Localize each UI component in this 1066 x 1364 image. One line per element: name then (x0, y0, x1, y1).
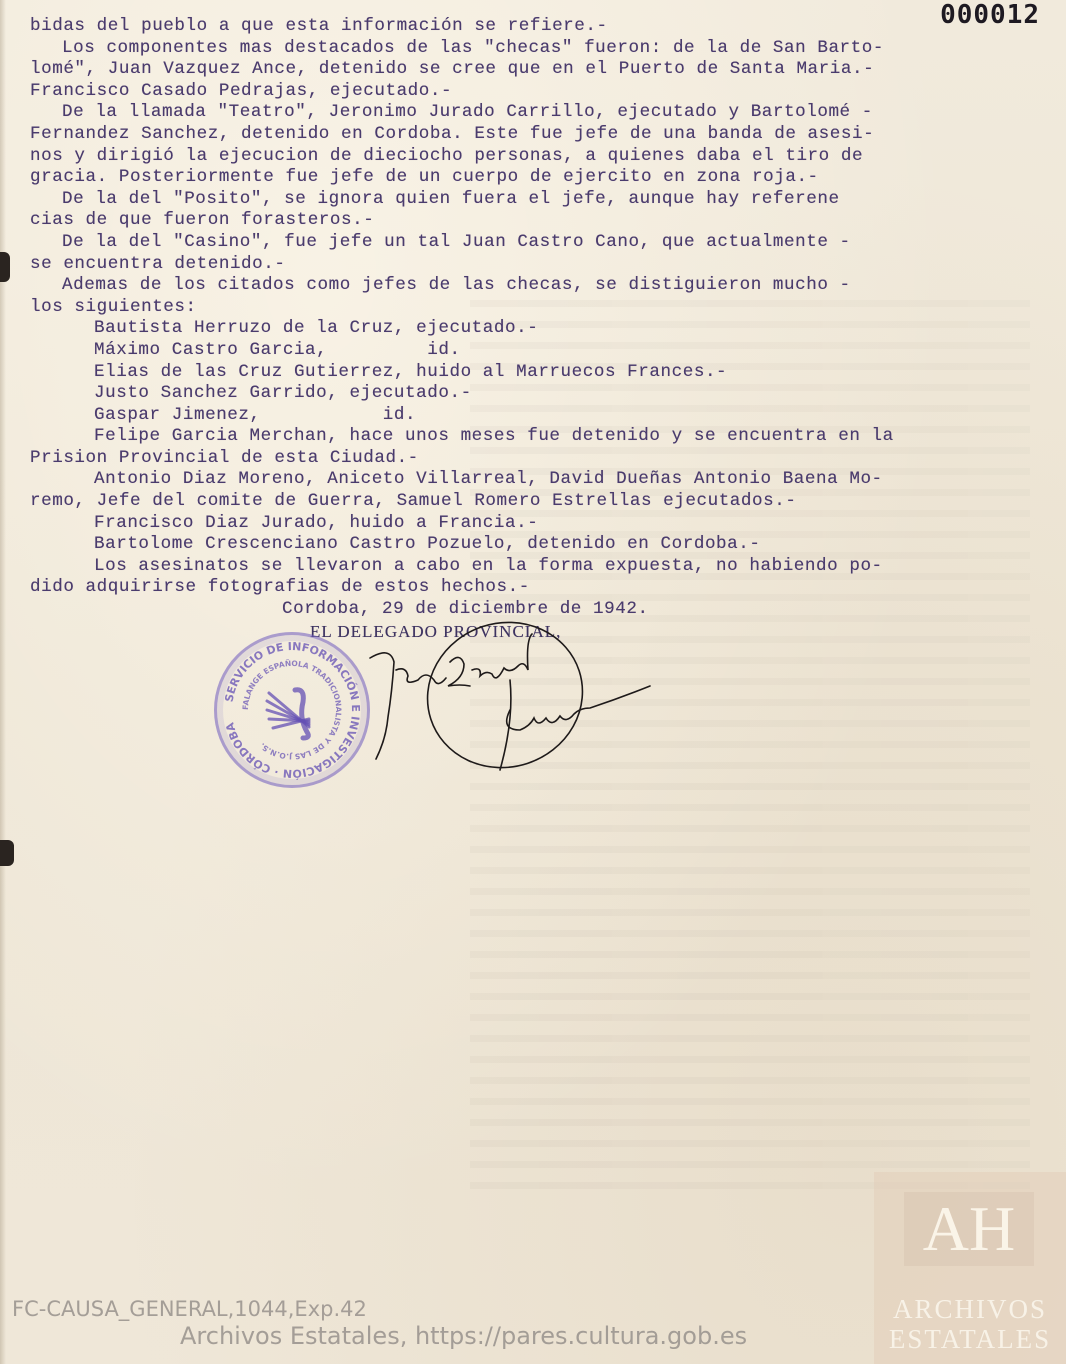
text-line: los siguientes: (30, 297, 1020, 319)
text-line: se encuentra detenido.- (30, 254, 1020, 276)
text-line: Bartolome Crescenciano Castro Pozuelo, d… (30, 534, 1020, 556)
logo-initials: AH (904, 1192, 1034, 1266)
text-line: Prision Provincial de esta Ciudad.- (30, 448, 1020, 470)
logo-line-1: ARCHIVOS (874, 1294, 1066, 1325)
text-line: Antonio Diaz Moreno, Aniceto Villarreal,… (30, 469, 1020, 491)
handwritten-signature (340, 610, 700, 780)
text-line: Francisco Casado Pedrajas, ejecutado.- (30, 81, 1020, 103)
text-line: Gaspar Jimenez, id. (30, 405, 1020, 427)
logo-line-2: ESTATALES (874, 1324, 1066, 1355)
torn-edge-mark (0, 252, 10, 282)
paper-edge (0, 0, 6, 1364)
text-line: bidas del pueblo a que esta información … (30, 16, 1020, 38)
torn-edge-mark (0, 840, 14, 866)
text-line: Justo Sanchez Garrido, ejecutado.- (30, 383, 1020, 405)
archive-source-link[interactable]: Archivos Estatales, https://pares.cultur… (180, 1322, 747, 1350)
text-line: gracia. Posteriormente fue jefe de un cu… (30, 167, 1020, 189)
yoke-and-arrows-icon (267, 690, 309, 738)
text-line: De la llamada "Teatro", Jeronimo Jurado … (30, 102, 1020, 124)
text-line: De la del "Casino", fue jefe un tal Juan… (30, 232, 1020, 254)
document-body: bidas del pueblo a que esta información … (30, 16, 1020, 642)
svg-text:FALANGE ESPAÑOLA TRADICIONALIS: FALANGE ESPAÑOLA TRADICIONALISTA Y DE LA… (241, 659, 343, 761)
text-line: lomé", Juan Vazquez Ance, detenido se cr… (30, 59, 1020, 81)
text-line: cias de que fueron forasteros.- (30, 210, 1020, 232)
text-line: Máximo Castro Garcia, id. (30, 340, 1020, 362)
text-line: De la del "Posito", se ignora quien fuer… (30, 189, 1020, 211)
text-line: Felipe Garcia Merchan, hace unos meses f… (30, 426, 1020, 448)
text-line: Francisco Diaz Jurado, huido a Francia.- (30, 513, 1020, 535)
text-line: Los asesinatos se llevaron a cabo en la … (30, 556, 1020, 578)
archive-reference: FC-CAUSA_GENERAL,1044,Exp.42 (12, 1297, 367, 1321)
text-line: Ademas de los citados como jefes de las … (30, 275, 1020, 297)
text-line: Bautista Herruzo de la Cruz, ejecutado.- (30, 318, 1020, 340)
archivos-estatales-logo: AH ARCHIVOS ESTATALES (874, 1172, 1066, 1364)
text-line: remo, Jefe del comite de Guerra, Samuel … (30, 491, 1020, 513)
text-line: Los componentes mas destacados de las "c… (30, 38, 1020, 60)
text-line: Elias de las Cruz Gutierrez, huido al Ma… (30, 362, 1020, 384)
text-line: Fernandez Sanchez, detenido en Cordoba. … (30, 124, 1020, 146)
text-line: nos y dirigió la ejecucion de dieciocho … (30, 146, 1020, 168)
text-line: dido adquirirse fotografias de estos hec… (30, 577, 1020, 599)
